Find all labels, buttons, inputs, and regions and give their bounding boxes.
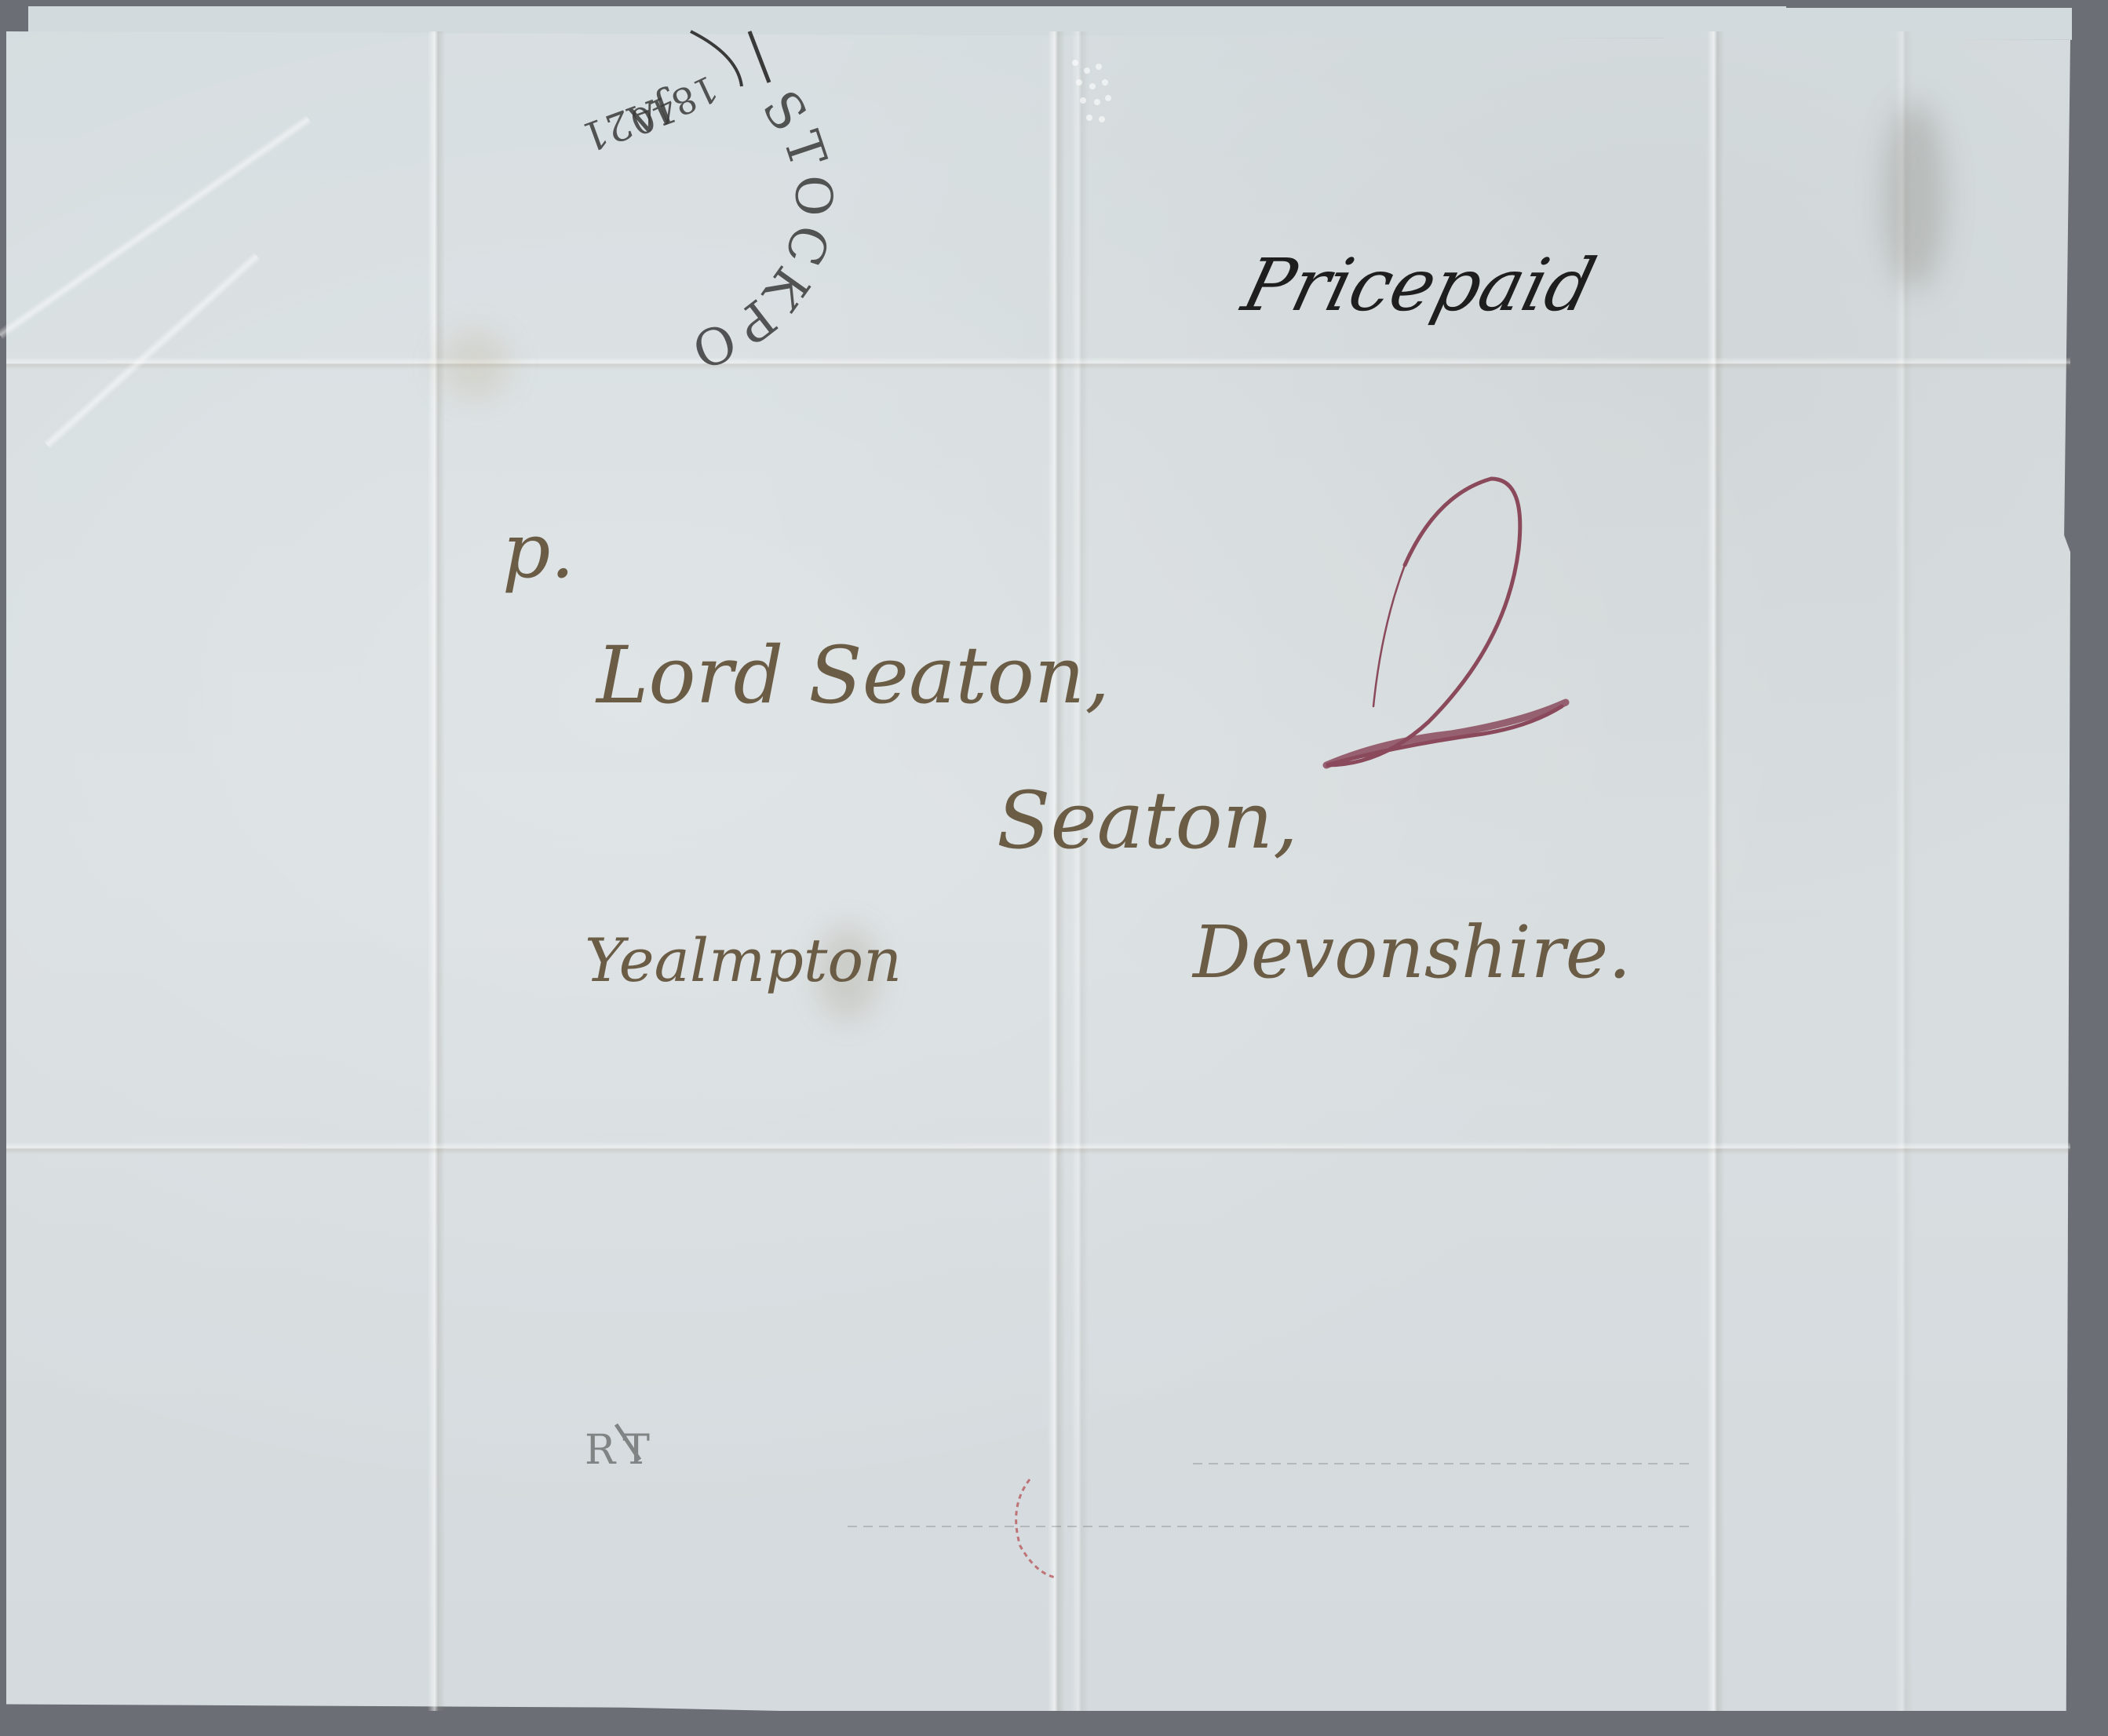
postmark-stamp: STOCKPO JA21 1840 [575,31,842,381]
rate-mark-label: 2 [0,0,8,3]
red-postmark-arc [1016,1479,1056,1577]
seal-impression [1072,60,1111,122]
docket-note: Pricepaid [1233,243,1603,327]
ink-layer: STOCKPO JA21 1840 Pricepaid 2 p. Lord Se… [0,0,2108,1736]
partial-stamp-lower-left: RT [585,1424,658,1474]
address-side-note: Yealmpton [585,925,902,995]
address-line-3: Devonshire. [1191,910,1631,994]
rate-mark-two [1326,479,1566,765]
postmark-town: STOCKPO [680,81,842,381]
address-recipient: Lord Seaton, [595,629,1110,721]
svg-text:STOCKPO: STOCKPO [680,81,842,381]
address-line-2: Seaton, [997,775,1298,866]
address-prefix: p. [502,507,574,595]
postmark-year: 1840 [623,67,724,144]
address-block: p. Lord Seaton, Seaton, Devonshire. Yeal… [502,507,1631,995]
